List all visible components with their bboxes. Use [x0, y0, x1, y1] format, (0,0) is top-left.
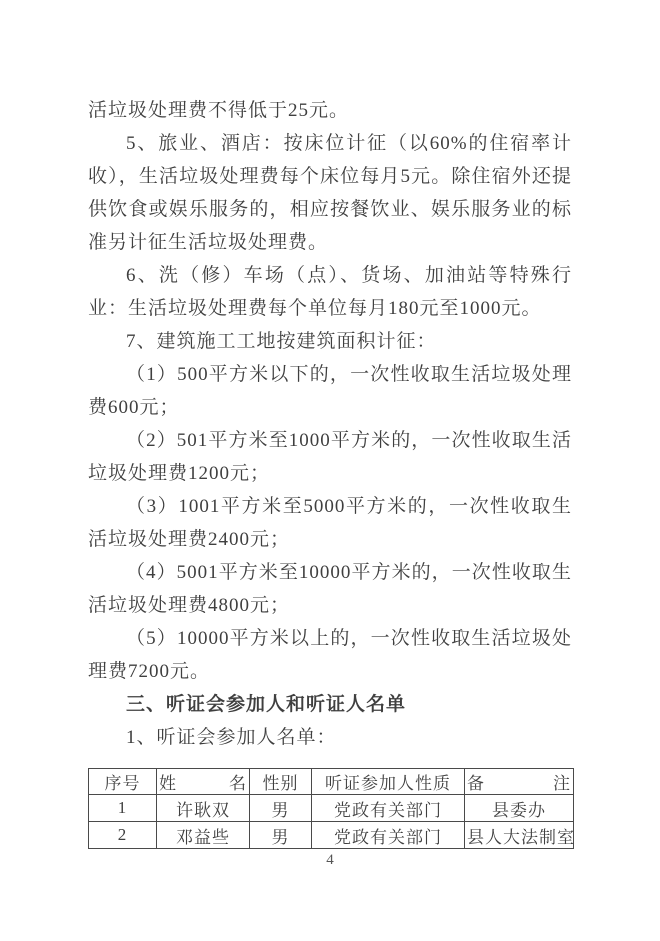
table-cell: 党政有关部门 — [312, 822, 465, 849]
paragraph-item-5-hotels: 5、旅业、酒店：按床位计征（以60%的住宿率计收），生活垃圾处理费每个床位每月5… — [88, 127, 572, 259]
table-cell: 县人大法制室 — [465, 822, 574, 849]
paragraph-item-6-special-industries: 6、洗（修）车场（点）、货场、加油站等特殊行业：生活垃圾处理费每个单位每月180… — [88, 259, 572, 325]
table-cell: 许耿双 — [157, 795, 250, 822]
table-cell: 男 — [250, 795, 312, 822]
table-row: 1 许耿双 男 党政有关部门 县委办 — [89, 795, 574, 822]
table-cell: 县委办 — [465, 795, 574, 822]
document-body: 活垃圾处理费不得低于25元。 5、旅业、酒店：按床位计征（以60%的住宿率计收）… — [88, 94, 572, 849]
header-gender: 性别 — [250, 769, 312, 795]
header-note: 备 注 — [465, 769, 574, 795]
list-intro: 1、听证会参加人名单： — [88, 721, 572, 754]
paragraph-sub-1: （1）500平方米以下的，一次性收取生活垃圾处理费600元； — [88, 358, 572, 424]
table-cell: 邓益些 — [157, 822, 250, 849]
table-cell: 党政有关部门 — [312, 795, 465, 822]
paragraph-sub-3: （3）1001平方米至5000平方米的，一次性收取生活垃圾处理费2400元； — [88, 490, 572, 556]
page-number: 4 — [0, 852, 660, 869]
document-page: 活垃圾处理费不得低于25元。 5、旅业、酒店：按床位计征（以60%的住宿率计收）… — [0, 0, 660, 941]
paragraph-item-7-construction: 7、建筑施工工地按建筑面积计征： — [88, 325, 572, 358]
table-cell: 1 — [89, 795, 157, 822]
paragraph-sub-4: （4）5001平方米至10000平方米的，一次性收取生活垃圾处理费4800元； — [88, 556, 572, 622]
paragraph-continuation: 活垃圾处理费不得低于25元。 — [88, 94, 572, 127]
section-heading: 三、听证会参加人和听证人名单 — [88, 688, 572, 721]
table-cell: 2 — [89, 822, 157, 849]
table-header-row: 序号 姓 名 性别 听证参加人性质 备 注 — [89, 769, 574, 795]
table-cell: 男 — [250, 822, 312, 849]
header-number: 序号 — [89, 769, 157, 795]
table-row: 2 邓益些 男 党政有关部门 县人大法制室 — [89, 822, 574, 849]
header-name: 姓 名 — [157, 769, 250, 795]
header-participant-role: 听证参加人性质 — [312, 769, 465, 795]
paragraph-sub-5: （5）10000平方米以上的，一次性收取生活垃圾处理费7200元。 — [88, 622, 572, 688]
participants-table: 序号 姓 名 性别 听证参加人性质 备 注 1 许耿双 男 党政有关部门 县委办… — [88, 768, 574, 849]
paragraph-sub-2: （2）501平方米至1000平方米的，一次性收取生活垃圾处理费1200元； — [88, 424, 572, 490]
